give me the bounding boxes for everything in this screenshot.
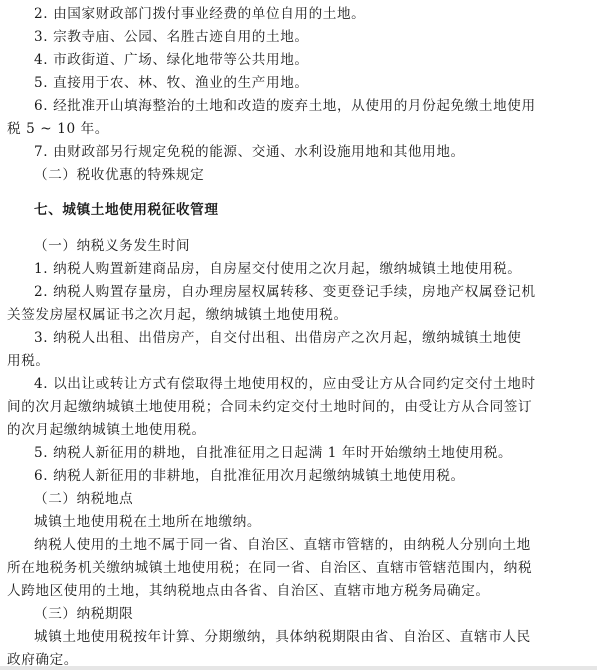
list-item-3: 3. 宗教寺庙、公园、名胜古迹自用的土地。 [34, 27, 597, 47]
paragraph-line: 所在地税务机关缴纳城镇土地使用税；在同一省、自治区、直辖市管辖范围内，纳税 [7, 558, 592, 578]
page-bottom-edge [0, 666, 597, 670]
section-heading: 七、城镇土地使用税征收管理 [34, 200, 597, 220]
subsection-heading: （一）纳税义务发生时间 [34, 236, 597, 256]
list-item-2: 2. 由国家财政部门拨付事业经费的单位自用的土地。 [34, 4, 597, 24]
subsection-heading: （二）税收优惠的特殊规定 [34, 165, 597, 185]
subsection-heading: （二）纳税地点 [34, 489, 597, 509]
paragraph-line: 城镇土地使用税按年计算、分期缴纳，具体纳税期限由省、自治区、直辖市人民 [34, 627, 597, 647]
paragraph-line: 关签发房屋权属证书之次月起，缴纳城镇土地使用税。 [7, 305, 592, 325]
paragraph-line: 4. 以出让或转让方式有偿取得土地使用权的，应由受让方从合同约定交付土地时 [34, 374, 597, 394]
paragraph-line: 人跨地区使用的土地，其纳税地点由各省、自治区、直辖市地方税务局确定。 [7, 581, 592, 601]
paragraph-line: 用税。 [7, 351, 592, 371]
paragraph-line: 6. 纳税人新征用的非耕地，自批准征用次月起缴纳城镇土地使用税。 [34, 466, 597, 486]
paragraph-line: 3. 纳税人出租、出借房产，自交付出租、出借房产之次月起，缴纳城镇土地使 [34, 328, 597, 348]
list-item-7: 7. 由财政部另行规定免税的能源、交通、水利设施用地和其他用地。 [34, 142, 597, 162]
list-item-5: 5. 直接用于农、林、牧、渔业的生产用地。 [34, 73, 597, 93]
paragraph-line: 城镇土地使用税在土地所在地缴纳。 [34, 512, 597, 532]
paragraph-line: 1. 纳税人购置新建商品房，自房屋交付使用之次月起，缴纳城镇土地使用税。 [34, 259, 597, 279]
subsection-heading: （三）纳税期限 [34, 604, 597, 624]
paragraph-line: 纳税人使用的土地不属于同一省、自治区、直辖市管辖的，由纳税人分别向土地 [34, 535, 597, 555]
paragraph-line: 2. 纳税人购置存量房，自办理房屋权属转移、变更登记手续，房地产权属登记机 [34, 282, 597, 302]
list-item-4: 4. 市政街道、广场、绿化地带等公共用地。 [34, 50, 597, 70]
paragraph-line: 的次月起缴纳城镇土地使用税。 [7, 420, 592, 440]
list-item-6-cont: 税 5 ~ 10 年。 [7, 119, 592, 139]
paragraph-line: 间的次月起缴纳城镇土地使用税；合同未约定交付土地时间的，由受让方从合同签订 [7, 397, 592, 417]
paragraph-line: 5. 纳税人新征用的耕地，自批准征用之日起满 1 年时开始缴纳土地使用税。 [34, 443, 597, 463]
document-page: 2. 由国家财政部门拨付事业经费的单位自用的土地。 3. 宗教寺庙、公园、名胜古… [0, 0, 597, 666]
list-item-6: 6. 经批准开山填海整治的土地和改造的废弃土地，从使用的月份起免缴土地使用 [34, 96, 597, 116]
